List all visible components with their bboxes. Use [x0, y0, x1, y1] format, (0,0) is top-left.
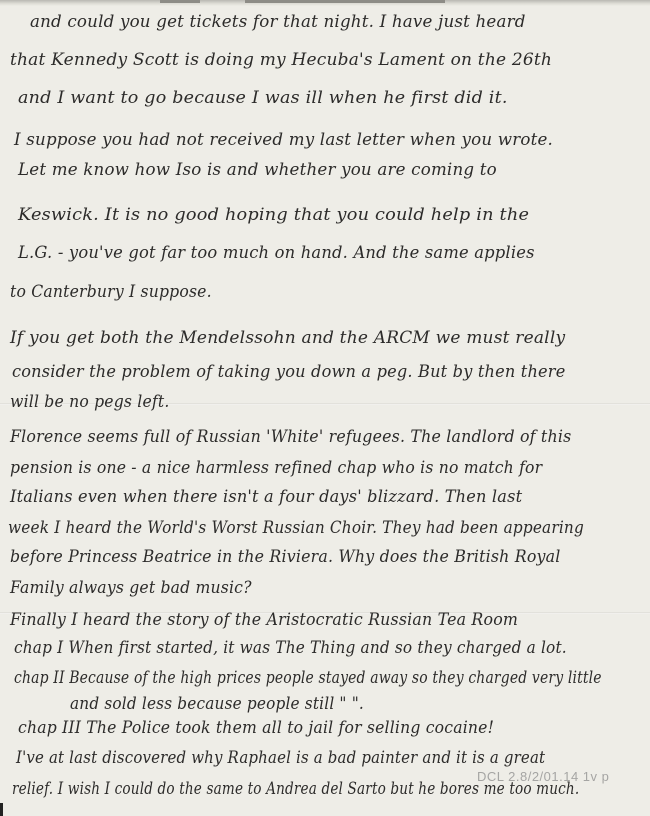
handwritten-line: before Princess Beatrice in the Riviera.…: [10, 547, 561, 567]
top-edge-shadow: [245, 0, 445, 3]
scan-corner-mark: [0, 803, 3, 816]
handwritten-line: that Kennedy Scott is doing my Hecuba's …: [10, 50, 552, 70]
page-top-edge: [0, 0, 650, 6]
handwritten-line: Keswick. It is no good hoping that you c…: [18, 205, 529, 225]
archive-reference-watermark: DCL 2.8/2/01.14 1v p: [477, 769, 609, 784]
handwritten-line: I've at last discovered why Raphael is a…: [16, 748, 545, 768]
handwritten-line: pension is one - a nice harmless refined…: [10, 458, 542, 478]
handwritten-line: and I want to go because I was ill when …: [18, 88, 508, 108]
handwritten-line: L.G. - you've got far too much on hand. …: [18, 243, 535, 263]
handwritten-line: chap III The Police took them all to jai…: [18, 718, 494, 738]
handwritten-line: If you get both the Mendelssohn and the …: [10, 328, 565, 348]
handwritten-line: Italians even when there isn't a four da…: [10, 487, 522, 507]
top-edge-shadow: [160, 0, 200, 3]
handwritten-line: week I heard the World's Worst Russian C…: [8, 518, 584, 538]
letter-page: and could you get tickets for that night…: [0, 0, 650, 816]
handwritten-line: chap I When first started, it was The Th…: [14, 638, 567, 658]
handwritten-line: Family always get bad music?: [10, 578, 252, 598]
handwritten-line: consider the problem of taking you down …: [12, 362, 565, 382]
handwritten-line: and sold less because people still " ".: [70, 694, 364, 714]
handwritten-line: I suppose you had not received my last l…: [14, 130, 553, 150]
handwritten-line: and could you get tickets for that night…: [30, 12, 526, 32]
handwritten-line: will be no pegs left.: [10, 392, 170, 412]
handwritten-line: Let me know how Iso is and whether you a…: [18, 160, 497, 180]
handwritten-line: to Canterbury I suppose.: [10, 282, 212, 302]
handwritten-line: Florence seems full of Russian 'White' r…: [10, 427, 571, 447]
handwritten-line: Finally I heard the story of the Aristoc…: [10, 610, 518, 630]
handwritten-line: chap II Because of the high prices peopl…: [14, 668, 602, 688]
